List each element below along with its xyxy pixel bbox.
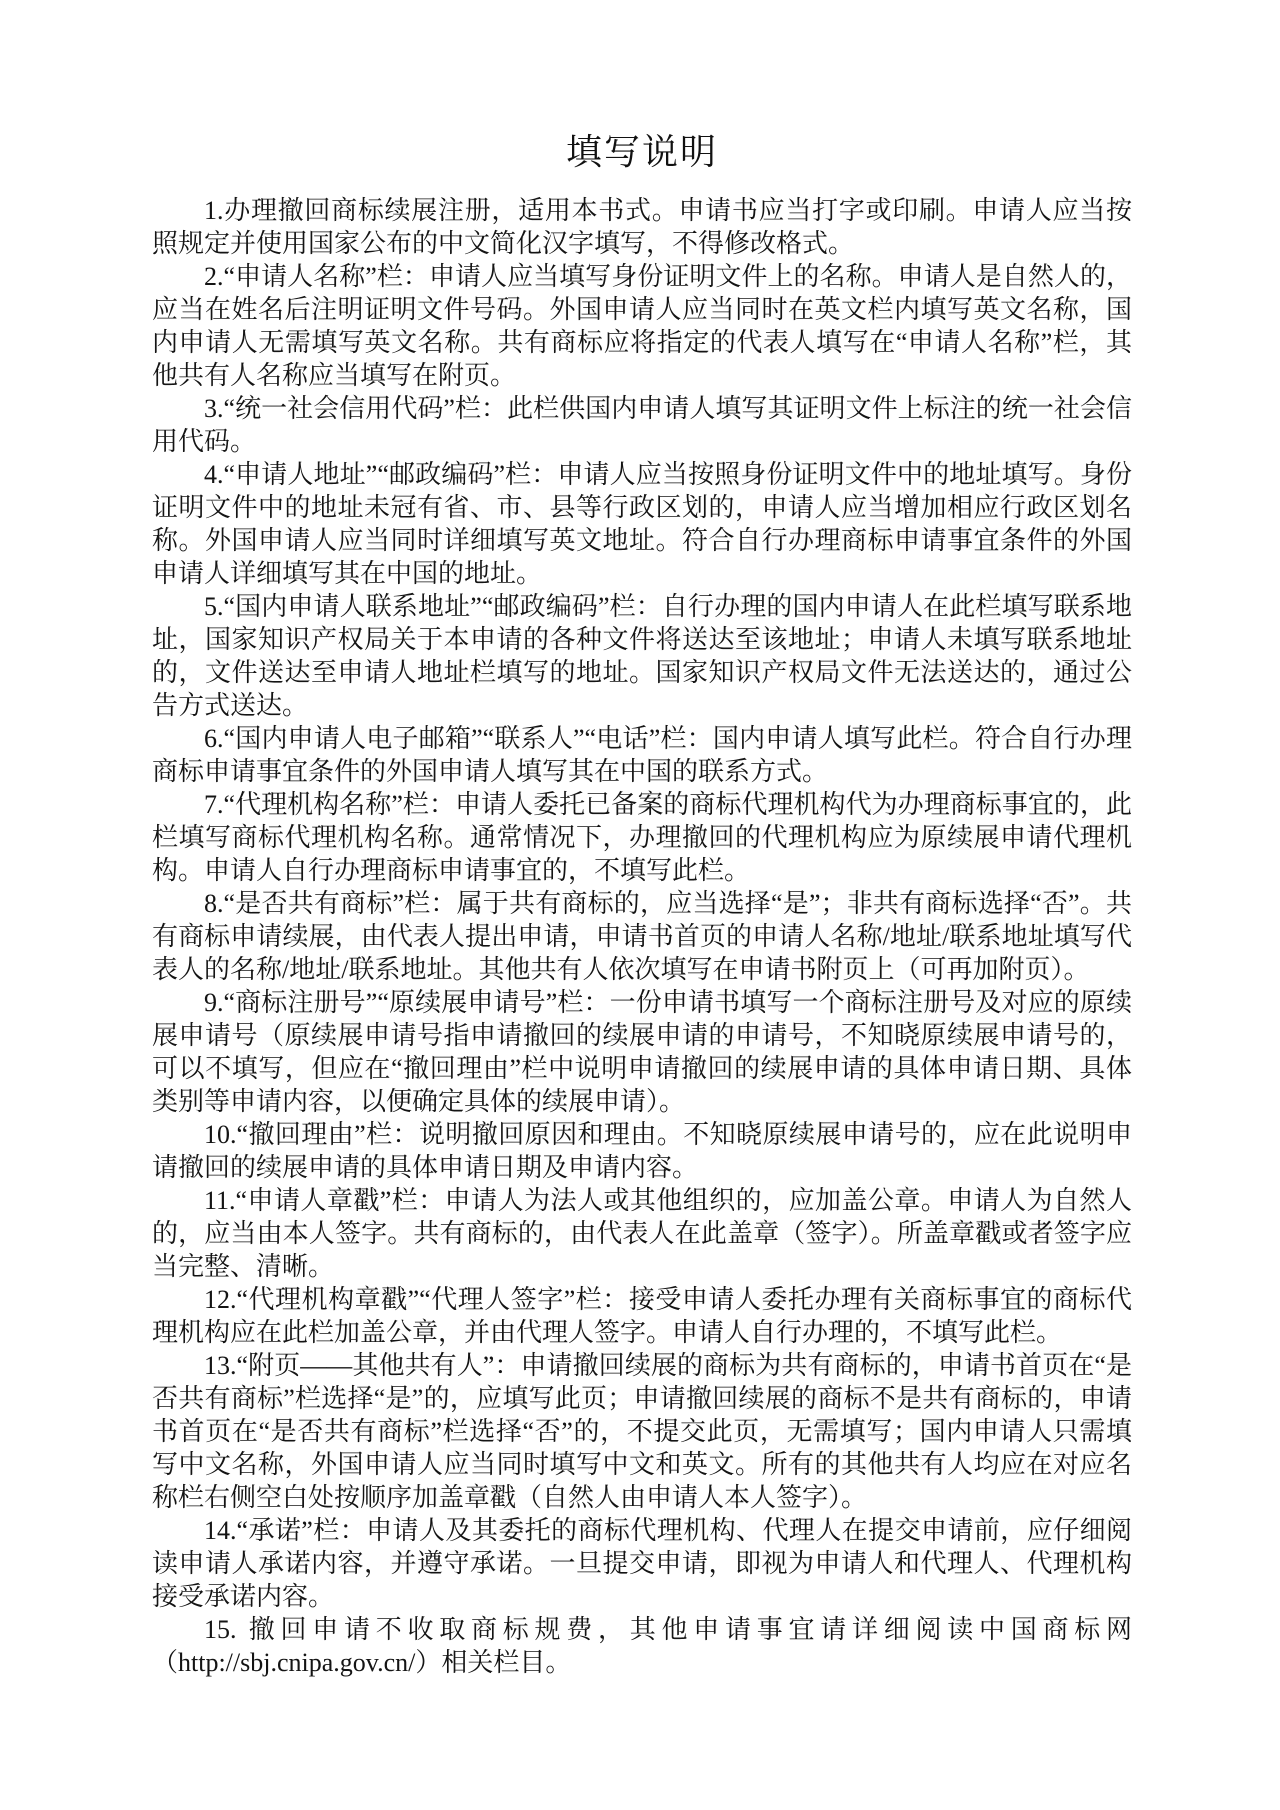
instructions-body: 1.办理撤回商标续展注册，适用本书式。申请书应当打字或印刷。申请人应当按照规定并… (152, 194, 1132, 1679)
instruction-paragraph-7: 7.“代理机构名称”栏：申请人委托已备案的商标代理机构代为办理商标事宜的，此栏填… (152, 788, 1132, 887)
instruction-paragraph-15: 15. 撤回申请不收取商标规费，其他申请事宜请详细阅读中国商标网（http://… (152, 1613, 1132, 1679)
page-title: 填写说明 (152, 132, 1132, 172)
instruction-paragraph-8: 8.“是否共有商标”栏：属于共有商标的，应当选择“是”；非共有商标选择“否”。共… (152, 887, 1132, 986)
document-page: 填写说明 1.办理撤回商标续展注册，适用本书式。申请书应当打字或印刷。申请人应当… (0, 0, 1280, 1810)
instruction-paragraph-12: 12.“代理机构章戳”“代理人签字”栏：接受申请人委托办理有关商标事宜的商标代理… (152, 1283, 1132, 1349)
instruction-paragraph-11: 11.“申请人章戳”栏：申请人为法人或其他组织的，应加盖公章。申请人为自然人的，… (152, 1184, 1132, 1283)
instruction-paragraph-3: 3.“统一社会信用代码”栏：此栏供国内申请人填写其证明文件上标注的统一社会信用代… (152, 392, 1132, 458)
instruction-paragraph-13: 13.“附页——其他共有人”：申请撤回续展的商标为共有商标的，申请书首页在“是否… (152, 1349, 1132, 1514)
instruction-paragraph-6: 6.“国内申请人电子邮箱”“联系人”“电话”栏：国内申请人填写此栏。符合自行办理… (152, 722, 1132, 788)
document-content: 填写说明 1.办理撤回商标续展注册，适用本书式。申请书应当打字或印刷。申请人应当… (152, 0, 1132, 1679)
instruction-paragraph-14: 14.“承诺”栏：申请人及其委托的商标代理机构、代理人在提交申请前，应仔细阅读申… (152, 1514, 1132, 1613)
instruction-paragraph-4: 4.“申请人地址”“邮政编码”栏：申请人应当按照身份证明文件中的地址填写。身份证… (152, 458, 1132, 590)
instruction-paragraph-2: 2.“申请人名称”栏：申请人应当填写身份证明文件上的名称。申请人是自然人的，应当… (152, 260, 1132, 392)
instruction-paragraph-5: 5.“国内申请人联系地址”“邮政编码”栏：自行办理的国内申请人在此栏填写联系地址… (152, 590, 1132, 722)
instruction-paragraph-1: 1.办理撤回商标续展注册，适用本书式。申请书应当打字或印刷。申请人应当按照规定并… (152, 194, 1132, 260)
instruction-paragraph-10: 10.“撤回理由”栏：说明撤回原因和理由。不知晓原续展申请号的，应在此说明申请撤… (152, 1118, 1132, 1184)
instruction-paragraph-9: 9.“商标注册号”“原续展申请号”栏：一份申请书填写一个商标注册号及对应的原续展… (152, 986, 1132, 1118)
